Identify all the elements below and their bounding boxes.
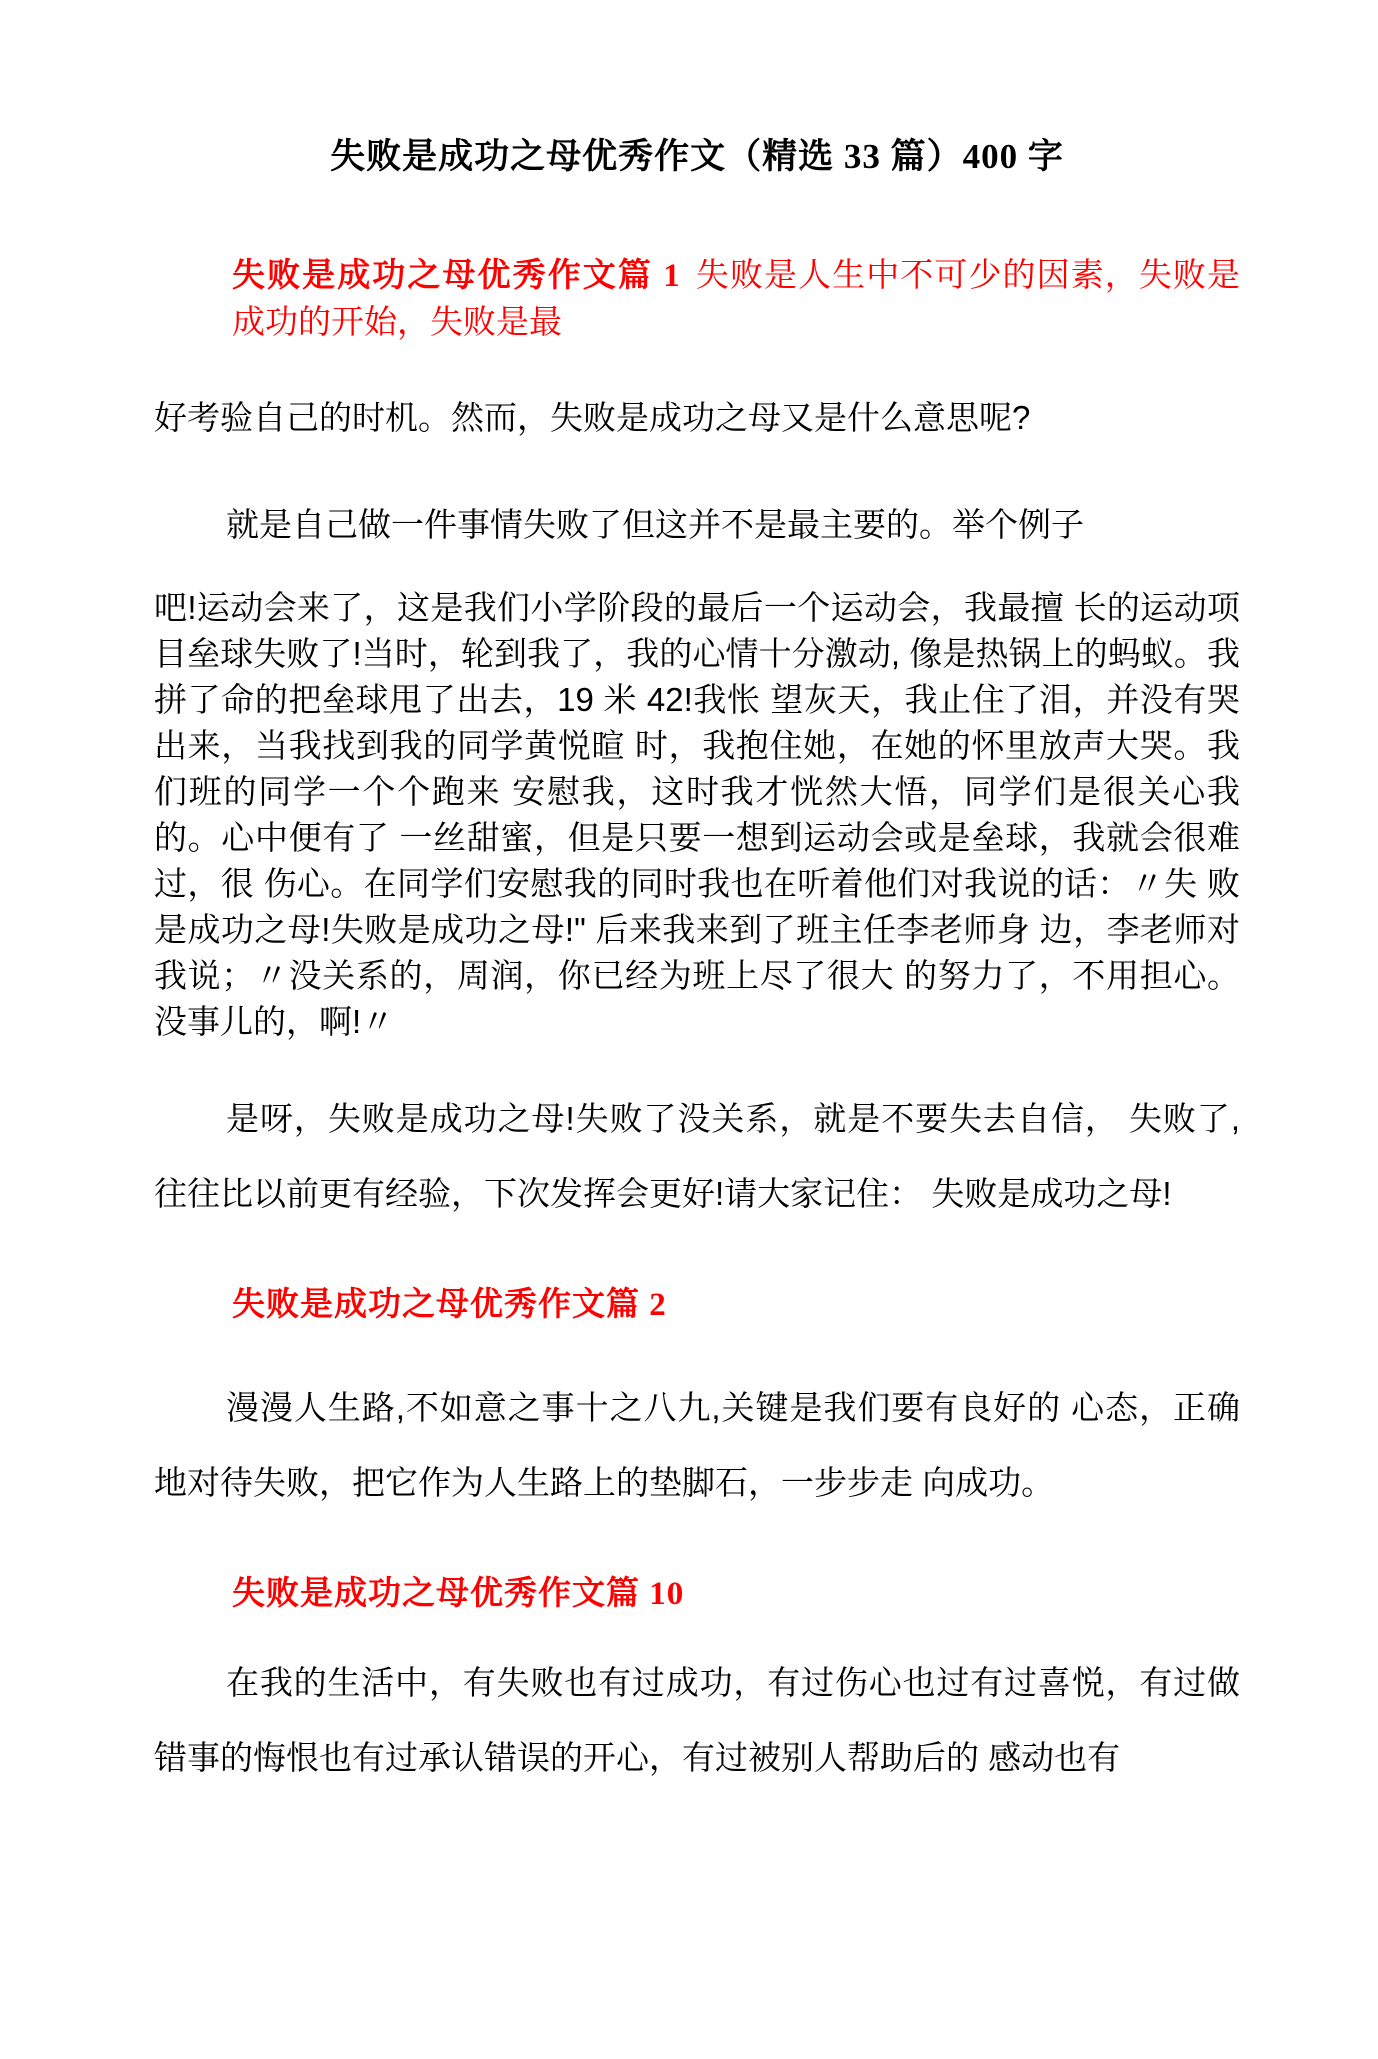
document-title: 失败是成功之母优秀作文（精选 33 篇）400 字 — [154, 132, 1240, 182]
essay-2-paragraph: 漫漫人生路,不如意之事十之八九,关键是我们要有良好的 心态，正确地对待失败，把它… — [154, 1370, 1240, 1520]
essay-1-paragraph-main: 吧!运动会来了，这是我们小学阶段的最后一个运动会，我最擅 长的运动项目垒球失败了… — [154, 585, 1240, 1045]
document-page: 失败是成功之母优秀作文（精选 33 篇）400 字 失败是成功之母优秀作文篇 1… — [0, 0, 1378, 2059]
essay-1-paragraph-intro: 就是自己做一件事情失败了但这并不是最主要的。举个例子 — [154, 502, 1240, 547]
essay-1-paragraph-closing: 是呀，失败是成功之母!失败了没关系，就是不要失去自信， 失败了,往往比以前更有经… — [154, 1081, 1240, 1231]
essay-1-paragraph-continuation: 好考验自己的时机。然而，失败是成功之母又是什么意思呢? — [154, 395, 1240, 440]
essay-10-paragraph: 在我的生活中，有失败也有过成功，有过伤心也过有过喜悦，有过做错事的悔恨也有过承认… — [154, 1645, 1240, 1795]
essay-1-heading-label: 失败是成功之母优秀作文篇 1 — [232, 258, 681, 294]
essay-1-heading-block: 失败是成功之母优秀作文篇 1失败是人生中不可少的因素，失败是成功的开始，失败是最 — [232, 252, 1240, 345]
essay-2-heading: 失败是成功之母优秀作文篇 2 — [232, 1283, 1240, 1328]
essay-10-heading: 失败是成功之母优秀作文篇 10 — [232, 1572, 1240, 1617]
